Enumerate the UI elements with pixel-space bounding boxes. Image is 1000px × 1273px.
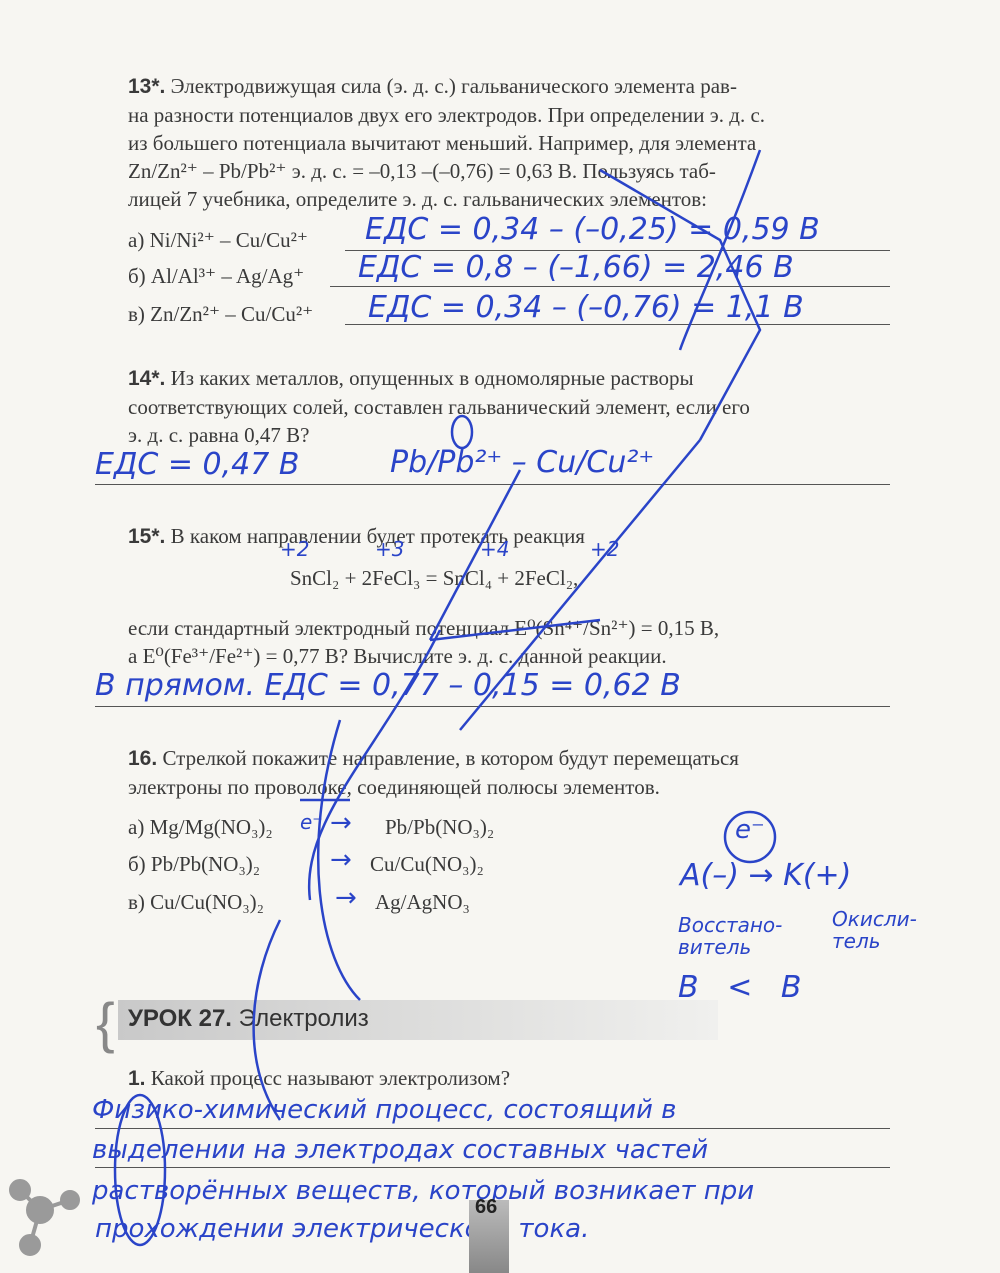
task-16-text: 16. Стрелкой покажите направление, в кот… [128,746,888,799]
task-13-item-c-label: в) Zn/Zn²⁺ – Cu/Cu²⁺ [128,302,313,326]
task-13-item-b-label: б) Al/Al³⁺ – Ag/Ag⁺ [128,264,304,288]
answer-line [95,1167,890,1168]
task-13-item-b-answer: ЕДС = 0,8 – (–1,66) = 2,46 В [358,250,794,285]
task-16-item-b-left: б) Pb/Pb(NO₃)₂ [128,852,260,876]
lesson-task-1: 1. Какой процесс называют электролизом? [128,1066,510,1091]
workbook-page: 13*. Электродвижущая сила (э. д. с.) гал… [0,0,1000,1273]
oxidation-mark: +2 [280,537,309,561]
task-14-text: 14*. Из каких металлов, опущенных в одно… [128,366,888,447]
lesson-answer-line-2: выделении на электродах составных частей [92,1135,708,1165]
task-13-line-4: Zn/Zn²⁺ – Pb/Pb²⁺ э. д. с. = –0,13 –(–0,… [128,159,888,183]
task-16-item-c-left: в) Cu/Cu(NO₃)₂ [128,890,264,914]
arrow-icon: → [330,808,352,838]
task-14-line-2: соответствующих солей, составлен гальван… [128,395,888,419]
page-number: 66 [475,1196,497,1219]
task-15-line-1: если стандартный электродный потенциал E… [128,616,888,640]
task-16-item-c-right: Ag/AgNO₃ [375,890,470,914]
task-13-item-a-answer: ЕДС = 0,34 – (–0,25) = 0,59 В [365,212,820,247]
task-13-line-1: Электродвижущая сила (э. д. с.) гальвани… [171,74,737,98]
answer-line [330,286,890,287]
electron-label: e⁻ [300,810,323,834]
task-13-number: 13*. [128,75,165,98]
arrow-icon: → [335,883,357,913]
task-15-text: если стандартный электродный потенциал E… [128,616,888,668]
lesson-number: УРОК 27. [128,1005,232,1032]
task-16-item-b-right: Cu/Cu(NO₃)₂ [370,852,484,876]
task-13-line-2: на разности потенциалов двух его электро… [128,103,888,127]
task-16-line-2: электроны по проволоке, соединяющей полю… [128,775,888,799]
task-15-number: 15*. [128,525,165,548]
lesson-task-1-number: 1. [128,1067,146,1090]
answer-line [95,1128,890,1129]
task-14-answer-emf: ЕДС = 0,47 В [95,447,299,482]
page-number-tab: 66 [469,1200,509,1273]
lesson-answer-line-4: прохождении электрического тока. [95,1214,589,1244]
side-electron: e⁻ [735,815,765,845]
oxidation-mark: +2 [590,537,619,561]
lesson-task-1-text: Какой процесс называют электролизом? [151,1066,510,1090]
side-reductant: Восстано- витель [678,914,782,958]
task-15-line-2: а E⁰(Fe³⁺/Fe²⁺) = 0,77 В? Вычислите э. д… [128,644,888,668]
task-13-text: 13*. Электродвижущая сила (э. д. с.) гал… [128,74,888,211]
bracket-icon: { [96,990,115,1055]
lesson-answer-line-3: растворённых веществ, который возникает … [92,1176,754,1206]
lesson-answer-line-1: Физико-химический процесс, состоящий в [92,1095,677,1125]
task-14-answer-metals: Pb/Pb²⁺ – Cu/Cu²⁺ [390,445,654,480]
oxidation-mark: +3 [375,537,404,561]
task-14-line-1: Из каких металлов, опущенных в одномоляр… [171,366,694,390]
task-15-intro: 15*. В каком направлении будет протекать… [128,524,585,549]
task-14-line-3: э. д. с. равна 0,47 В? [128,423,888,447]
task-13-line-5: лицей 7 учебника, определите э. д. с. га… [128,187,888,211]
side-oxidant: Окисли- тель [832,908,917,952]
task-16-item-a-left: а) Mg/Mg(NO₃)₂ [128,815,273,839]
oxidation-mark: +4 [480,537,509,561]
answer-line [95,706,890,707]
lesson-topic: Электролиз [232,1005,369,1032]
task-15-equation: SnCl₂ + 2FeCl₃ = SnCl₄ + 2FeCl₂, [290,566,578,590]
task-15-answer: В прямом. ЕДС = 0,77 – 0,15 = 0,62 В [95,668,681,703]
task-16-item-a-right: Pb/Pb(NO₃)₂ [385,815,494,839]
task-16-number: 16. [128,747,157,770]
task-14-number: 14*. [128,367,165,390]
task-13-line-3: из большего потенциала вычитают меньший.… [128,131,888,155]
answer-line [95,484,890,485]
arrow-icon: → [330,845,352,875]
molecule-icon [0,1150,80,1273]
task-16-line-1: Стрелкой покажите направление, в котором… [162,746,739,770]
task-13-item-c-answer: ЕДС = 0,34 – (–0,76) = 1,1 В [368,290,804,325]
task-13-item-a-label: а) Ni/Ni²⁺ – Cu/Cu²⁺ [128,228,308,252]
side-scheme: A(–) → K(+) [680,858,851,893]
lesson-title: УРОК 27. Электролиз [128,1005,369,1033]
